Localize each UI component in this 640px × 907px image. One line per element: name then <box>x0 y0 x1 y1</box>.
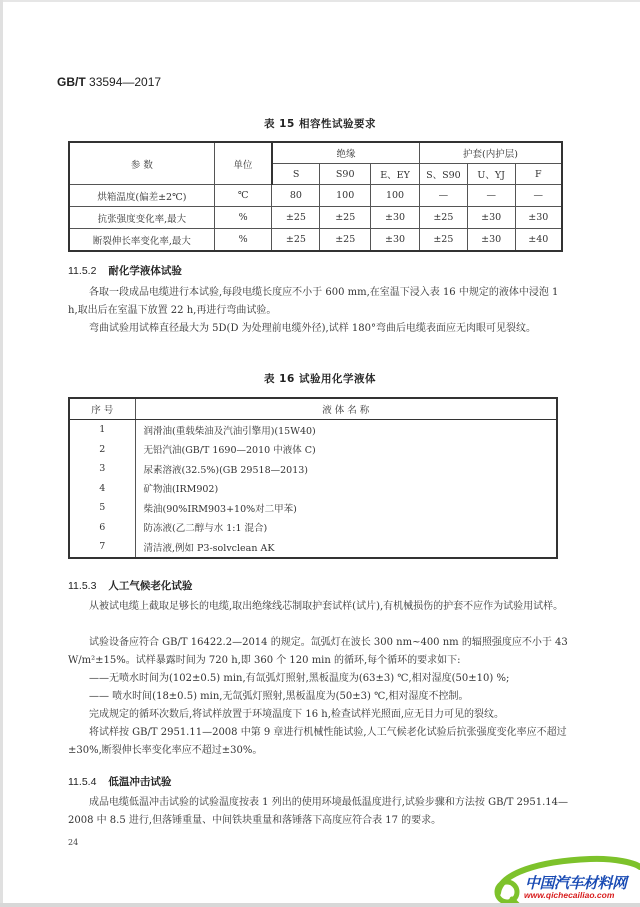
unit-cell: % <box>214 207 272 229</box>
paragraph: 试验设备应符合 GB/T 16422.2—2014 的规定。氙弧灯在波长 300… <box>68 634 568 670</box>
section-11-5-4-heading: 11.5.4低温冲击试验 <box>68 774 171 789</box>
paragraph: 将试样按 GB/T 2951.11—2008 中第 9 章进行机械性能试验,人工… <box>68 724 568 760</box>
section-title: 低温冲击试验 <box>108 776 171 788</box>
page-top-edge <box>0 0 640 2</box>
section-number: 11.5.2 <box>68 265 96 277</box>
table-row: 4矿物油(IRM902) <box>69 479 557 499</box>
table-row: 断裂伸长率变化率,最大 % ±25 ±25 ±30 ±25 ±30 ±40 <box>69 229 562 252</box>
subcol-header: S90 <box>320 164 371 185</box>
value-cell: 80 <box>272 185 320 207</box>
page-bottom-edge <box>0 903 640 907</box>
param-header: 参 数 <box>69 142 214 185</box>
value-cell: ±30 <box>467 207 515 229</box>
value-cell: ±30 <box>371 229 420 252</box>
table-row: 1润滑油(重载柴油及汽油引擎用)(15W40) <box>69 420 557 440</box>
value-cell: 100 <box>320 185 371 207</box>
row-number: 4 <box>69 479 135 499</box>
page-left-edge <box>0 0 3 907</box>
param-cell: 烘箱温度(偏差±2℃) <box>69 185 214 207</box>
param-cell: 抗张强度变化率,最大 <box>69 207 214 229</box>
sheath-group-header: 护套(内护层) <box>419 142 562 164</box>
value-cell: ±25 <box>272 229 320 252</box>
value-cell: — <box>515 185 562 207</box>
value-cell: ±25 <box>320 207 371 229</box>
paragraph: 完成规定的循环次数后,将试样放置于环境温度下 16 h,检查试样光照面,应无目力… <box>68 706 568 724</box>
value-cell: ±30 <box>515 207 562 229</box>
value-cell: ±30 <box>371 207 420 229</box>
table-row: 7清洁液,例如 P3-solvclean AK <box>69 537 557 558</box>
liquid-name: 清洁液,例如 P3-solvclean AK <box>135 537 557 558</box>
no-header: 序 号 <box>69 398 135 420</box>
standard-id: GB/T 33594—2017 <box>57 75 161 89</box>
table15-caption: 表 15 相容性试验要求 <box>0 116 640 131</box>
value-cell: — <box>467 185 515 207</box>
insulation-group-header: 绝缘 <box>272 142 419 164</box>
table-row: 3尿素溶液(32.5%)(GB 29518—2013) <box>69 459 557 479</box>
standard-prefix: GB/T <box>57 75 86 89</box>
liquid-name: 无铅汽油(GB/T 1690—2010 中液体 C) <box>135 440 557 460</box>
section-11-5-2-heading: 11.5.2耐化学液体试验 <box>68 263 182 278</box>
value-cell: ±25 <box>320 229 371 252</box>
table-row: 抗张强度变化率,最大 % ±25 ±25 ±30 ±25 ±30 ±30 <box>69 207 562 229</box>
table-row: 6防冻液(乙二醇与水 1:1 混合) <box>69 518 557 538</box>
subcol-header: F <box>515 164 562 185</box>
section-11-5-3-heading: 11.5.3人工气候老化试验 <box>68 578 192 593</box>
row-number: 1 <box>69 420 135 440</box>
row-number: 7 <box>69 537 135 558</box>
table-row: 烘箱温度(偏差±2℃) ℃ 80 100 100 — — — <box>69 185 562 207</box>
row-number: 2 <box>69 440 135 460</box>
row-number: 5 <box>69 498 135 518</box>
value-cell: — <box>419 185 467 207</box>
subcol-header: S <box>272 164 320 185</box>
table-15-compatibility: 参 数 单位 绝缘 护套(内护层) S S90 E、EY S、S90 U、YJ … <box>68 141 563 252</box>
table-row: 5柴油(90%IRM903+10%对二甲苯) <box>69 498 557 518</box>
subcol-header: S、S90 <box>419 164 467 185</box>
list-item: ——无喷水时间为(102±0.5) min,有氙弧灯照射,黑板温度为(63±3)… <box>68 670 589 688</box>
page-number: 24 <box>68 838 78 847</box>
liquid-name: 润滑油(重载柴油及汽油引擎用)(15W40) <box>135 420 557 440</box>
liquid-name: 防冻液(乙二醇与水 1:1 混合) <box>135 518 557 538</box>
value-cell: ±30 <box>467 229 515 252</box>
name-header: 液 体 名 称 <box>135 398 557 420</box>
value-cell: ±25 <box>419 229 467 252</box>
subcol-header: U、YJ <box>467 164 515 185</box>
liquid-name: 柴油(90%IRM903+10%对二甲苯) <box>135 498 557 518</box>
paragraph: 从被试电缆上截取足够长的电缆,取出绝缘线芯制取护套试样(试片),有机械损伤的护套… <box>68 598 568 616</box>
paragraph: 弯曲试验用试棒直径最大为 5D(D 为处理前电缆外径),试样 180°弯曲后电缆… <box>68 320 568 338</box>
liquid-name: 尿素溶液(32.5%)(GB 29518—2013) <box>135 459 557 479</box>
value-cell: 100 <box>371 185 420 207</box>
value-cell: ±25 <box>272 207 320 229</box>
standard-number: 33594—2017 <box>89 75 161 89</box>
section-title: 耐化学液体试验 <box>108 265 182 277</box>
paragraph: 各取一段成品电缆进行本试验,每段电缆长度应不小于 600 mm,在室温下浸入表 … <box>68 284 568 320</box>
unit-cell: ℃ <box>214 185 272 207</box>
row-number: 3 <box>69 459 135 479</box>
unit-header: 单位 <box>214 142 272 185</box>
liquid-name: 矿物油(IRM902) <box>135 479 557 499</box>
value-cell: ±40 <box>515 229 562 252</box>
paragraph: 成品电缆低温冲击试验的试验温度按表 1 列出的使用环境最低温度进行,试验步骤和方… <box>68 794 568 830</box>
section-number: 11.5.4 <box>68 776 96 788</box>
section-number: 11.5.3 <box>68 580 96 592</box>
param-cell: 断裂伸长率变化率,最大 <box>69 229 214 252</box>
list-item: —— 喷水时间(18±0.5) min,无氙弧灯照射,黑板温度为(50±3) ℃… <box>68 688 589 706</box>
section-title: 人工气候老化试验 <box>108 580 192 592</box>
subcol-header: E、EY <box>371 164 420 185</box>
table-row: 2无铅汽油(GB/T 1690—2010 中液体 C) <box>69 440 557 460</box>
table16-caption: 表 16 试验用化学液体 <box>0 371 640 386</box>
unit-cell: % <box>214 229 272 252</box>
row-number: 6 <box>69 518 135 538</box>
watermark-url: www.qichecailiao.com <box>524 890 614 900</box>
table-16-chemical-liquids: 序 号 液 体 名 称 1润滑油(重载柴油及汽油引擎用)(15W40) 2无铅汽… <box>68 397 558 559</box>
value-cell: ±25 <box>419 207 467 229</box>
